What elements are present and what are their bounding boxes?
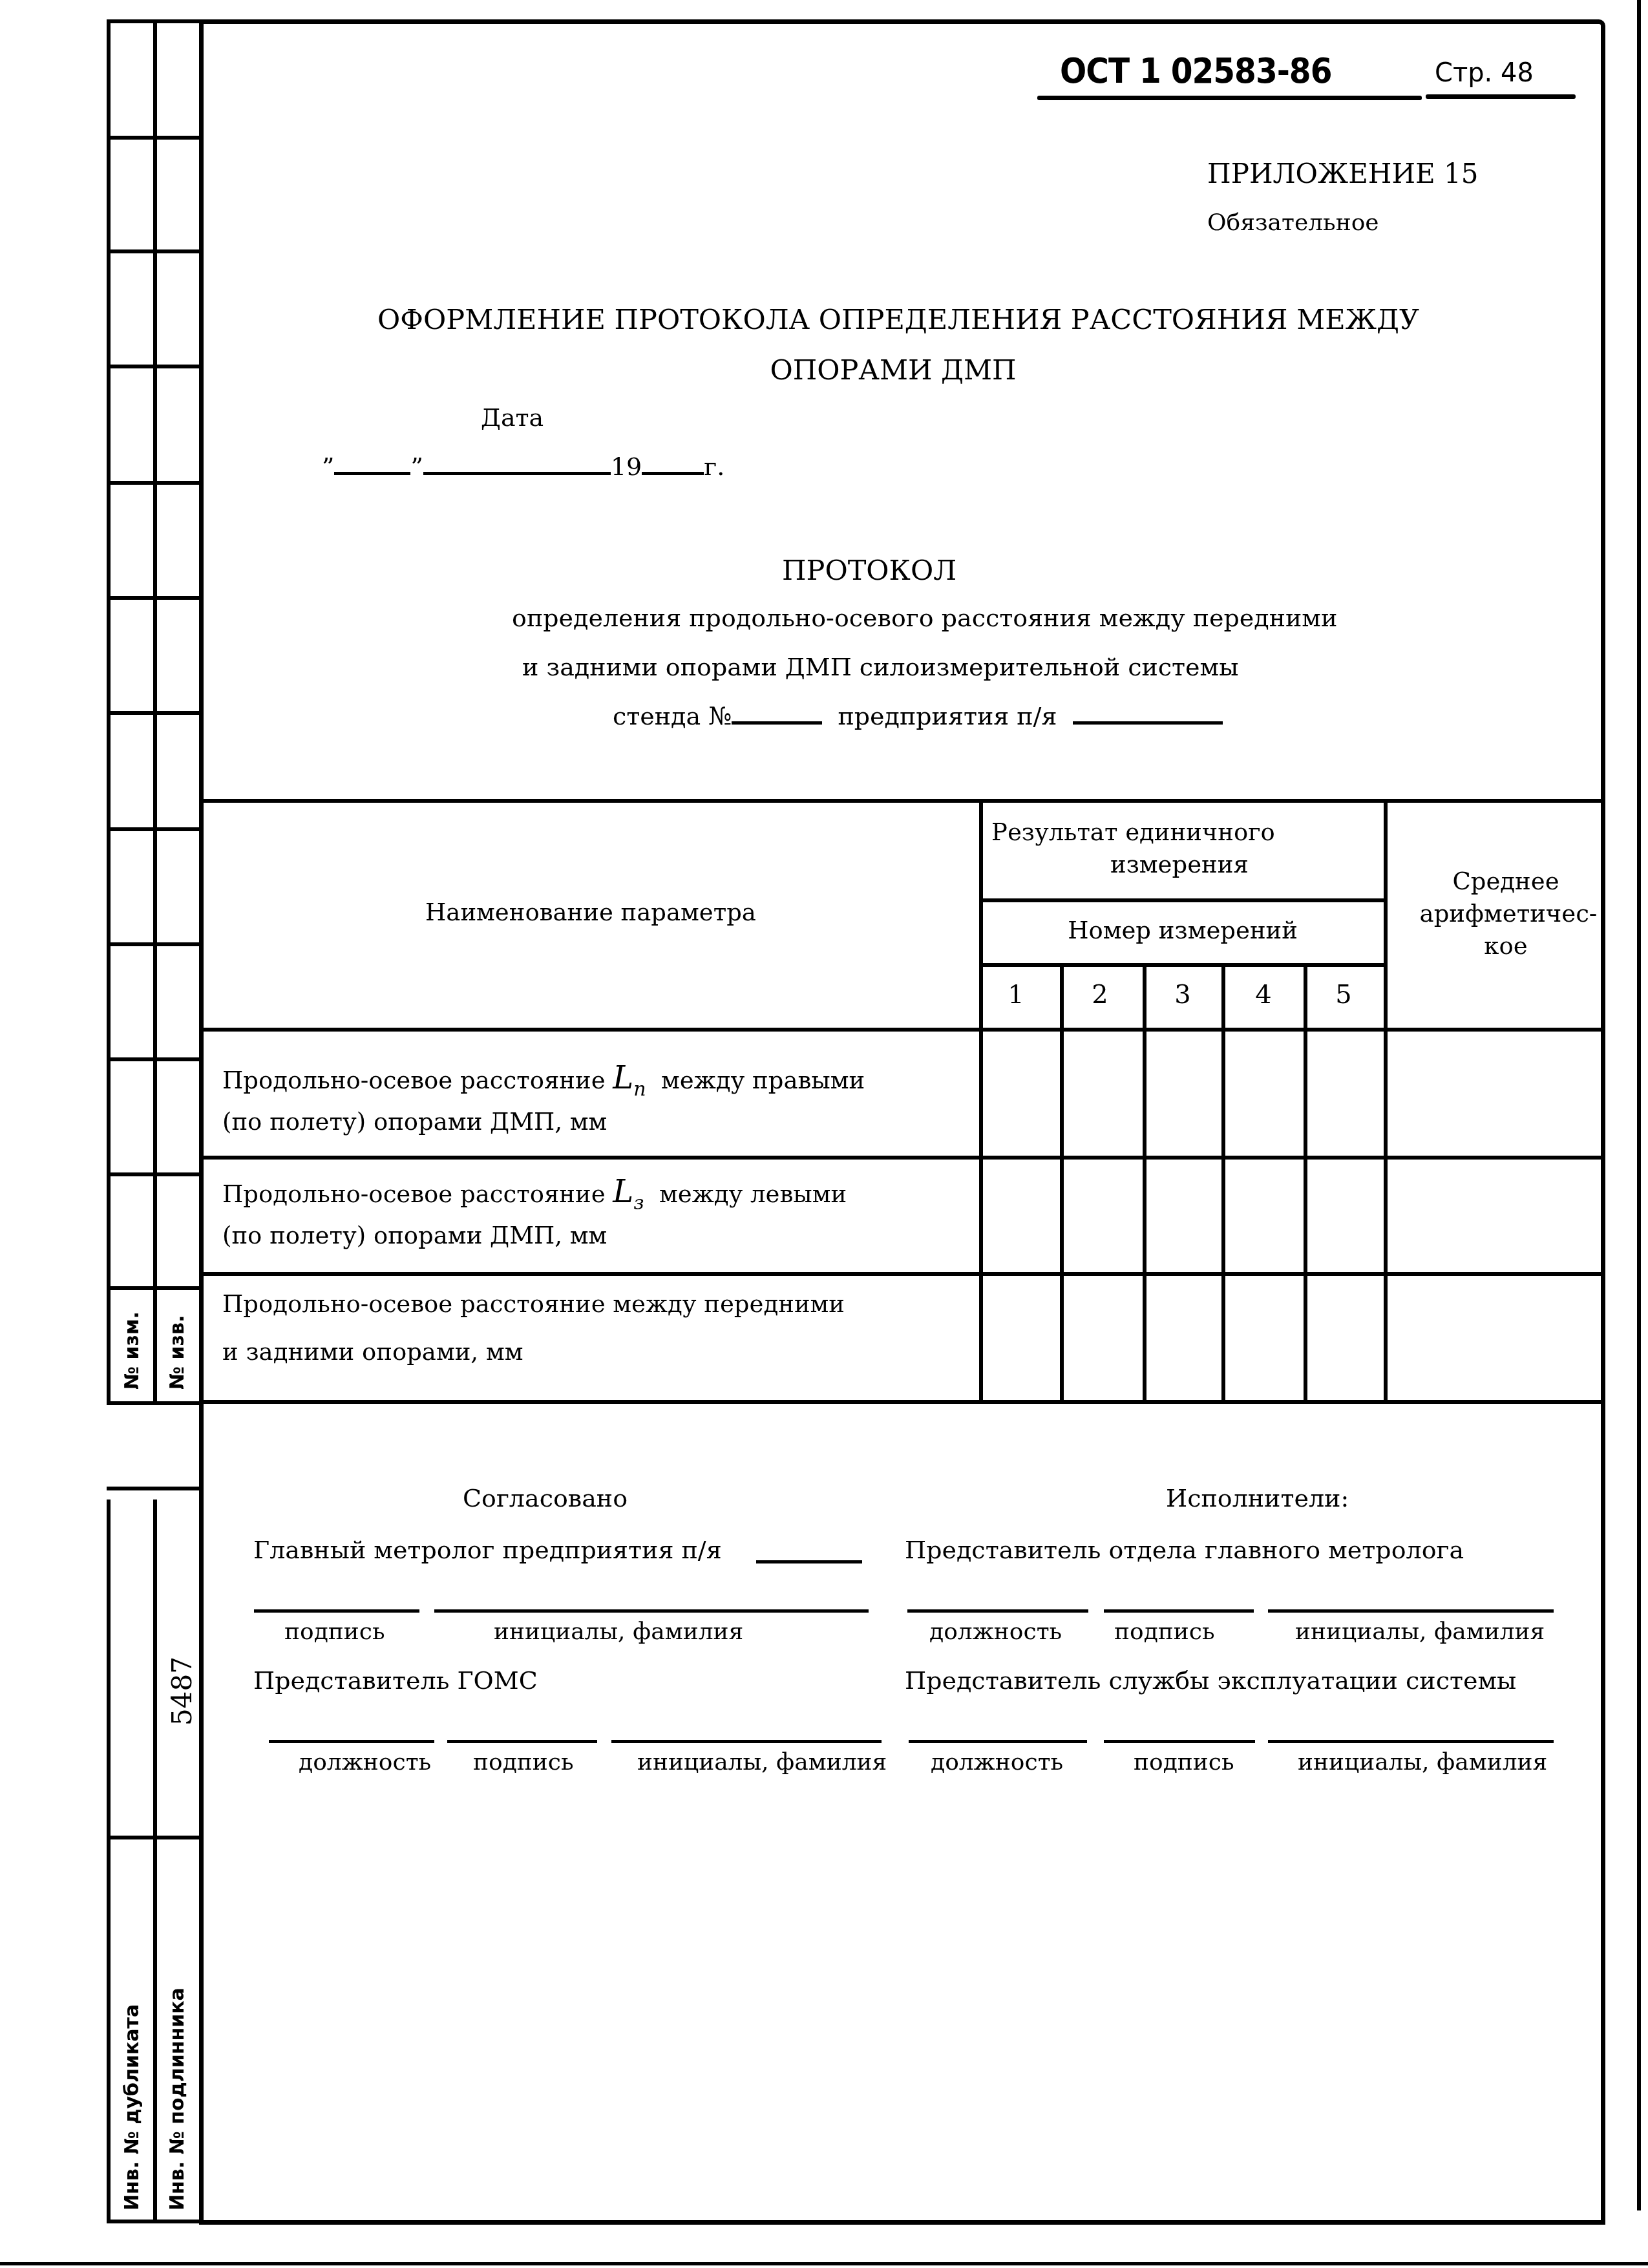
operations-rep-signature-line[interactable] bbox=[1104, 1740, 1255, 1743]
row-1-value-2[interactable] bbox=[1064, 1032, 1143, 1156]
row-3-value-2[interactable] bbox=[1064, 1276, 1143, 1400]
operations-rep-label: Представитель службы эксплуатации систем… bbox=[905, 1666, 1516, 1695]
metrology-rep-label: Представитель отдела главного метролога bbox=[905, 1536, 1464, 1564]
strip-row bbox=[107, 1057, 204, 1061]
caption-initials: инициалы, фамилия bbox=[637, 1749, 887, 1775]
row-2-label-line-1: Продольно-осевое расстояние Lз между лев… bbox=[222, 1174, 847, 1214]
metrology-rep-position-line[interactable] bbox=[907, 1609, 1088, 1613]
strip-row bbox=[107, 481, 204, 485]
column-header-result-2: измерения bbox=[1110, 851, 1249, 878]
strip-border-left bbox=[107, 19, 111, 2223]
column-header-number: Номер измерений bbox=[1068, 917, 1298, 944]
strip-row bbox=[107, 711, 204, 715]
page-number: Стр. 48 bbox=[1435, 58, 1534, 88]
row-1-label-line-1: Продольно-осевое расстояние Lп между пра… bbox=[222, 1060, 865, 1101]
strip-row bbox=[107, 2220, 204, 2223]
protocol-line-1: определения продольно-осевого расстояния… bbox=[512, 604, 1337, 632]
measurement-number-5: 5 bbox=[1335, 980, 1351, 1010]
notice-number-label: № изв. bbox=[166, 1315, 189, 1390]
stand-label: стенда № bbox=[613, 702, 732, 730]
chief-metrologist-name-line[interactable] bbox=[434, 1609, 869, 1613]
strip-row bbox=[107, 827, 204, 831]
row-label-text: Продольно-осевое расстояние bbox=[222, 1066, 606, 1094]
chief-metrologist-enterprise-blank[interactable] bbox=[756, 1560, 862, 1563]
day-blank[interactable] bbox=[334, 471, 410, 475]
enterprise-number-blank[interactable] bbox=[1073, 721, 1223, 725]
caption-initials: инициалы, фамилия bbox=[1295, 1618, 1545, 1645]
duplicate-inventory-label: Инв. № дубликата bbox=[121, 2004, 143, 2210]
inventory-number-value: 5487 bbox=[166, 1657, 198, 1726]
row-1-mean[interactable] bbox=[1388, 1032, 1601, 1156]
row-1-label-line-2: (по полету) опорами ДМП, мм bbox=[222, 1108, 607, 1136]
row-3-label-line-1: Продольно-осевое расстояние между передн… bbox=[222, 1290, 845, 1318]
strip-row bbox=[107, 1172, 204, 1176]
stand-number-blank[interactable] bbox=[732, 721, 822, 725]
table-line bbox=[979, 898, 1386, 902]
year-suffix: г. bbox=[704, 452, 724, 481]
goms-rep-label: Представитель ГОМС bbox=[253, 1666, 538, 1695]
row-2-value-2[interactable] bbox=[1064, 1160, 1143, 1272]
scan-edge-right bbox=[1637, 0, 1641, 2210]
goms-rep-position-line[interactable] bbox=[269, 1740, 434, 1743]
row-3-value-3[interactable] bbox=[1146, 1276, 1221, 1400]
row-2-value-1[interactable] bbox=[983, 1160, 1060, 1272]
margin-strip: № изм. № изв. 5487 Инв. № дубликата Инв.… bbox=[107, 19, 204, 2223]
appendix-title: ПРИЛОЖЕНИЕ 15 bbox=[1207, 158, 1479, 189]
document-code: ОСТ 1 02583-86 bbox=[1060, 50, 1331, 91]
month-blank[interactable] bbox=[423, 471, 611, 475]
goms-rep-name-line[interactable] bbox=[611, 1740, 882, 1743]
row-3-mean[interactable] bbox=[1388, 1276, 1601, 1400]
caption-position: должность bbox=[929, 1618, 1062, 1645]
metrology-rep-name-line[interactable] bbox=[1268, 1609, 1554, 1613]
caption-initials: инициалы, фамилия bbox=[494, 1618, 743, 1645]
protocol-line-3: стенда № предприятия п/я bbox=[613, 702, 1223, 730]
row-3-value-4[interactable] bbox=[1225, 1276, 1304, 1400]
scan-edge-bottom bbox=[0, 2262, 1648, 2265]
goms-rep-signature-line[interactable] bbox=[447, 1740, 597, 1743]
metrology-rep-signature-line[interactable] bbox=[1104, 1609, 1254, 1613]
date-quote-open: ” bbox=[322, 452, 334, 481]
column-header-mean: Среднее bbox=[1452, 867, 1559, 895]
caption-position: должность bbox=[931, 1749, 1063, 1775]
symbol-l-z: Lз bbox=[613, 1174, 644, 1210]
column-header-mean-3: кое bbox=[1484, 932, 1527, 960]
table-line bbox=[979, 963, 1386, 967]
table-line bbox=[203, 1400, 1605, 1404]
row-2-value-3[interactable] bbox=[1146, 1160, 1221, 1272]
caption-signature: подпись bbox=[284, 1618, 385, 1645]
appendix-status: Обязательное bbox=[1207, 209, 1379, 236]
column-header-result: Результат единичного bbox=[991, 818, 1275, 846]
row-1-value-3[interactable] bbox=[1146, 1032, 1221, 1156]
original-inventory-label: Инв. № подлинника bbox=[166, 1987, 189, 2210]
strip-row bbox=[107, 1286, 204, 1290]
row-2-mean[interactable] bbox=[1388, 1160, 1601, 1272]
enterprise-label: предприятия п/я bbox=[838, 702, 1057, 730]
measurement-number-3: 3 bbox=[1174, 980, 1190, 1010]
performers-title: Исполнители: bbox=[1166, 1484, 1349, 1512]
row-3-value-1[interactable] bbox=[983, 1276, 1060, 1400]
row-2-label-line-2: (по полету) опорами ДМП, мм bbox=[222, 1222, 607, 1249]
caption-signature: подпись bbox=[1134, 1749, 1234, 1775]
row-label-text: Продольно-осевое расстояние bbox=[222, 1180, 606, 1208]
agreed-title: Согласовано bbox=[463, 1484, 628, 1512]
year-prefix: 19 bbox=[611, 452, 642, 481]
caption-signature: подпись bbox=[473, 1749, 574, 1775]
caption-position: должность bbox=[299, 1749, 431, 1775]
operations-rep-position-line[interactable] bbox=[909, 1740, 1087, 1743]
column-header-parameter: Наименование параметра bbox=[425, 898, 756, 926]
heading-line-1: ОФОРМЛЕНИЕ ПРОТОКОЛА ОПРЕДЕЛЕНИЯ РАССТОЯ… bbox=[377, 304, 1419, 336]
table-line bbox=[203, 799, 1605, 803]
row-3-label-line-2: и задними опорами, мм bbox=[222, 1338, 523, 1366]
row-2-value-5[interactable] bbox=[1307, 1160, 1384, 1272]
measurement-number-2: 2 bbox=[1092, 980, 1108, 1010]
strip-row bbox=[107, 596, 204, 600]
strip-row bbox=[107, 1836, 204, 1839]
row-label-text: между левыми bbox=[659, 1180, 847, 1208]
measurement-number-4: 4 bbox=[1255, 980, 1271, 1010]
row-label-text: между правыми bbox=[661, 1066, 865, 1094]
strip-gap bbox=[105, 1405, 202, 1500]
change-number-label: № изм. bbox=[121, 1311, 143, 1390]
strip-row bbox=[107, 942, 204, 946]
row-1-value-4[interactable] bbox=[1225, 1032, 1304, 1156]
row-1-value-5[interactable] bbox=[1307, 1032, 1384, 1156]
strip-row bbox=[107, 1487, 204, 1490]
strip-divider bbox=[153, 19, 157, 2223]
header-rule-page bbox=[1426, 94, 1576, 99]
protocol-line-2: и задними опорами ДМП силоизмерительной … bbox=[522, 653, 1238, 681]
year-blank[interactable] bbox=[642, 471, 704, 475]
strip-row bbox=[107, 136, 204, 140]
caption-signature: подпись bbox=[1114, 1618, 1215, 1645]
operations-rep-name-line[interactable] bbox=[1268, 1740, 1554, 1743]
row-2-value-4[interactable] bbox=[1225, 1160, 1304, 1272]
chief-metrologist-signature-line[interactable] bbox=[254, 1609, 419, 1613]
caption-initials: инициалы, фамилия bbox=[1298, 1749, 1547, 1775]
strip-row bbox=[107, 365, 204, 368]
chief-metrologist-label: Главный метролог предприятия п/я bbox=[253, 1536, 722, 1564]
date-quote-close: ” bbox=[410, 452, 423, 481]
strip-row bbox=[107, 19, 204, 23]
protocol-title: ПРОТОКОЛ bbox=[782, 555, 956, 587]
row-1-value-1[interactable] bbox=[983, 1032, 1060, 1156]
heading-line-2: ОПОРАМИ ДМП bbox=[770, 354, 1016, 387]
measurement-number-1: 1 bbox=[1008, 980, 1024, 1010]
column-header-mean-2: арифметичес- bbox=[1420, 900, 1598, 927]
symbol-l-p: Lп bbox=[613, 1060, 646, 1096]
date-field[interactable]: ””19г. bbox=[322, 452, 724, 481]
strip-row bbox=[107, 249, 204, 253]
date-label: Дата bbox=[481, 403, 544, 432]
header-rule-code bbox=[1037, 96, 1422, 100]
row-3-value-5[interactable] bbox=[1307, 1276, 1384, 1400]
